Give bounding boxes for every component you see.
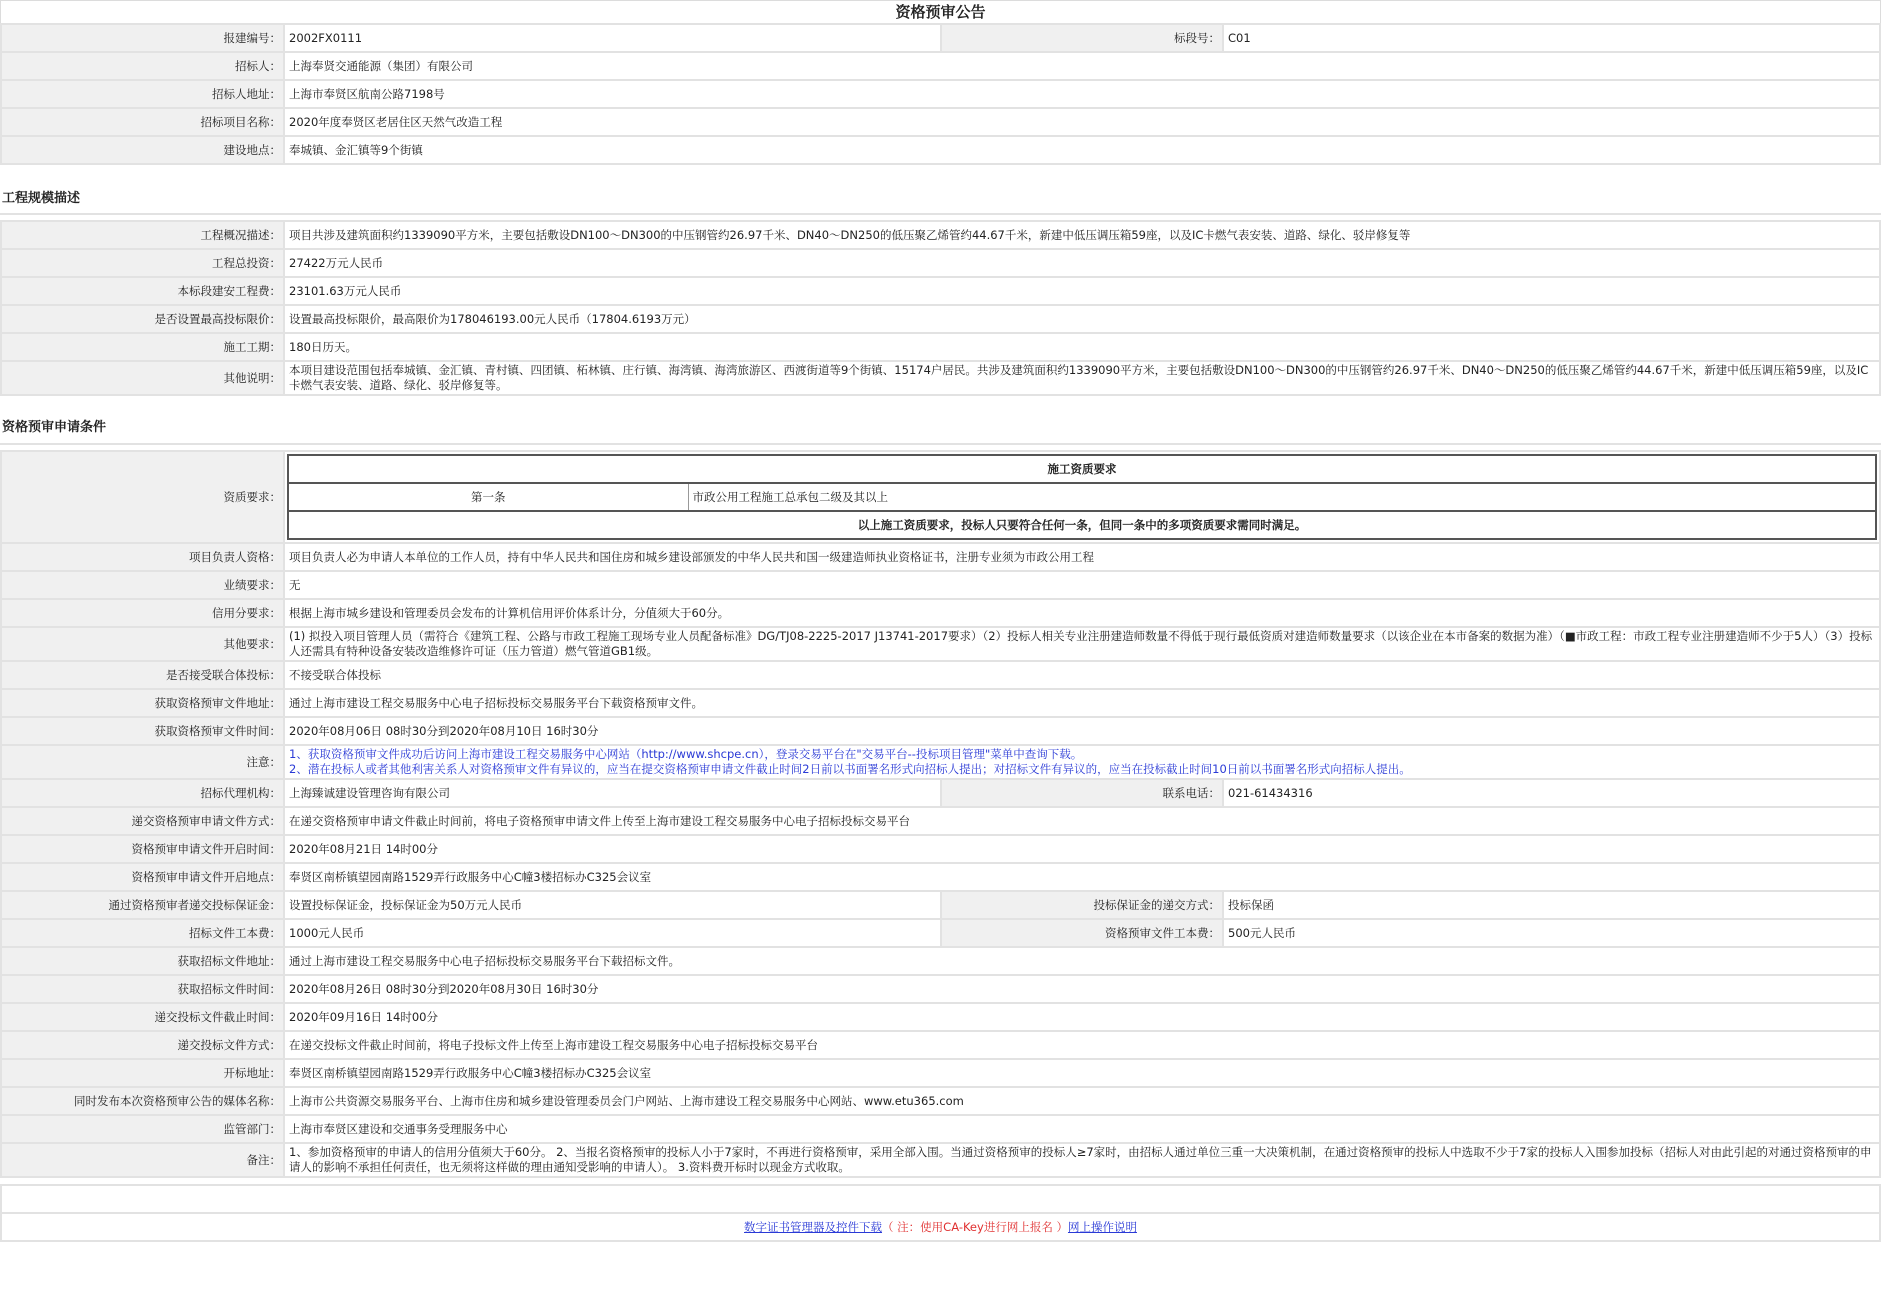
field-value: 500元人民币	[1223, 919, 1880, 947]
table-row: 获取招标文件时间：2020年08月26日 08时30分到2020年08月30日 …	[1, 975, 1880, 1003]
table-row: 招标文件工本费： 1000元人民币 资格预审文件工本费： 500元人民币	[1, 919, 1880, 947]
field-value: 上海奉贤交通能源（集团）有限公司	[284, 52, 1880, 80]
field-label: 投标保证金的递交方式：	[941, 891, 1223, 919]
field-value: 根据上海市城乡建设和管理委员会发布的计算机信用评价体系计分，分值须大于60分。	[284, 599, 1880, 627]
divider	[0, 443, 1881, 445]
table-row: 备注：1、参加资格预审的申请人的信用分值须大于60分。 2、当报名资格预审的投标…	[1, 1143, 1880, 1177]
page-title: 资格预审公告	[0, 0, 1881, 23]
qualification-table: 施工资质要求 第一条 市政公用工程施工总承包二级及其以上 以上施工资质要求，投标…	[287, 454, 1877, 540]
field-label: 资格预审申请文件开启时间：	[1, 835, 284, 863]
field-value: 设置最高投标限价，最高限价为178046193.00元人民币（17804.619…	[284, 305, 1880, 333]
table-row: 其他要求：(1) 拟投入项目管理人员（需符合《建筑工程、公路与市政工程施工现场专…	[1, 627, 1880, 661]
field-value: C01	[1223, 24, 1880, 52]
notice-line: 1、获取资格预审文件成功后访问上海市建设工程交易服务中心网站（http://ww…	[289, 747, 1875, 762]
conditions-table: 资质要求： 施工资质要求 第一条 市政公用工程施工总承包二级及其以上 以上施工资…	[0, 450, 1881, 1178]
field-value: 2020年08月06日 08时30分到2020年08月10日 16时30分	[284, 717, 1880, 745]
field-value: 上海市公共资源交易服务平台、上海市住房和城乡建设管理委员会门户网站、上海市建设工…	[284, 1087, 1880, 1115]
field-label: 监管部门：	[1, 1115, 284, 1143]
qualification-header: 施工资质要求	[288, 455, 1876, 483]
field-label: 报建编号：	[1, 24, 284, 52]
field-value: 1000元人民币	[284, 919, 941, 947]
divider	[0, 213, 1881, 215]
field-label: 开标地址：	[1, 1059, 284, 1087]
field-label: 工程总投资：	[1, 249, 284, 277]
field-value: 2020年度奉贤区老居住区天然气改造工程	[284, 108, 1880, 136]
field-label: 获取招标文件地址：	[1, 947, 284, 975]
field-value: 通过上海市建设工程交易服务中心电子招标投标交易服务平台下载招标文件。	[284, 947, 1880, 975]
table-row: 报建编号： 2002FX0111 标段号： C01	[1, 24, 1880, 52]
field-value: 奉贤区南桥镇望园南路1529弄行政服务中心C幢3楼招标办C325会议室	[284, 863, 1880, 891]
field-label: 招标项目名称：	[1, 108, 284, 136]
footer-links: 数字证书管理器及控件下载（ 注：使用CA-Key进行网上报名 ）网上操作说明	[1, 1213, 1880, 1241]
field-label: 施工工期：	[1, 333, 284, 361]
field-label: 联系电话：	[941, 779, 1223, 807]
field-label: 递交投标文件方式：	[1, 1031, 284, 1059]
qualification-note: 以上施工资质要求，投标人只要符合任何一条，但同一条中的多项资质要求需同时满足。	[288, 511, 1876, 539]
field-label: 资格预审申请文件开启地点：	[1, 863, 284, 891]
field-value: 无	[284, 571, 1880, 599]
scale-table: 工程概况描述：项目共涉及建筑面积约1339090平方米，主要包括敷设DN100～…	[0, 220, 1881, 396]
section-heading-scale: 工程规模描述	[2, 187, 80, 206]
field-label: 获取资格预审文件时间：	[1, 717, 284, 745]
field-label: 招标文件工本费：	[1, 919, 284, 947]
field-value: 在递交资格预审申请文件截止时间前，将电子资格预审申请文件上传至上海市建设工程交易…	[284, 807, 1880, 835]
field-label: 招标代理机构：	[1, 779, 284, 807]
table-row: 工程概况描述：项目共涉及建筑面积约1339090平方米，主要包括敷设DN100～…	[1, 221, 1880, 249]
table-row: 获取资格预审文件时间：2020年08月06日 08时30分到2020年08月10…	[1, 717, 1880, 745]
table-row: 获取招标文件地址：通过上海市建设工程交易服务中心电子招标投标交易服务平台下载招标…	[1, 947, 1880, 975]
qualification-requirement: 市政公用工程施工总承包二级及其以上	[688, 483, 1876, 511]
field-value: 021-61434316	[1223, 779, 1880, 807]
field-label: 本标段建安工程费：	[1, 277, 284, 305]
field-value: 2020年08月21日 14时00分	[284, 835, 1880, 863]
ca-key-note: （ 注：使用CA-Key进行网上报名 ）	[882, 1220, 1068, 1234]
field-value: 通过上海市建设工程交易服务中心电子招标投标交易服务平台下载资格预审文件。	[284, 689, 1880, 717]
table-row: 注意： 1、获取资格预审文件成功后访问上海市建设工程交易服务中心网站（http:…	[1, 745, 1880, 779]
field-label: 获取资格预审文件地址：	[1, 689, 284, 717]
table-row: 招标项目名称：2020年度奉贤区老居住区天然气改造工程	[1, 108, 1880, 136]
field-value: 项目负责人必为申请人本单位的工作人员，持有中华人民共和国住房和城乡建设部颁发的中…	[284, 543, 1880, 571]
field-value: 27422万元人民币	[284, 249, 1880, 277]
field-value: 奉城镇、金汇镇等9个街镇	[284, 136, 1880, 164]
field-value: 在递交投标文件截止时间前，将电子投标文件上传至上海市建设工程交易服务中心电子招标…	[284, 1031, 1880, 1059]
field-label: 标段号：	[941, 24, 1223, 52]
field-label: 信用分要求：	[1, 599, 284, 627]
qualification-cell: 施工资质要求 第一条 市政公用工程施工总承包二级及其以上 以上施工资质要求，投标…	[284, 451, 1880, 543]
field-value: 2020年08月26日 08时30分到2020年08月30日 16时30分	[284, 975, 1880, 1003]
table-row: 建设地点：奉城镇、金汇镇等9个街镇	[1, 136, 1880, 164]
field-label: 业绩要求：	[1, 571, 284, 599]
field-label: 备注：	[1, 1143, 284, 1177]
field-value: 设置投标保证金，投标保证金为50万元人民币	[284, 891, 941, 919]
table-row: 递交投标文件截止时间：2020年09月16日 14时00分	[1, 1003, 1880, 1031]
field-value: 奉贤区南桥镇望园南路1529弄行政服务中心C幢3楼招标办C325会议室	[284, 1059, 1880, 1087]
field-label: 递交投标文件截止时间：	[1, 1003, 284, 1031]
section-heading-conditions: 资格预审申请条件	[2, 416, 106, 435]
field-label: 其他要求：	[1, 627, 284, 661]
table-row: 资格预审申请文件开启时间：2020年08月21日 14时00分	[1, 835, 1880, 863]
field-value: 投标保函	[1223, 891, 1880, 919]
qualification-clause: 第一条	[288, 483, 688, 511]
field-label: 招标人地址：	[1, 80, 284, 108]
field-label: 注意：	[1, 745, 284, 779]
table-row: 项目负责人资格：项目负责人必为申请人本单位的工作人员，持有中华人民共和国住房和城…	[1, 543, 1880, 571]
footer-table: 数字证书管理器及控件下载（ 注：使用CA-Key进行网上报名 ）网上操作说明	[0, 1184, 1881, 1242]
field-label: 同时发布本次资格预审公告的媒体名称：	[1, 1087, 284, 1115]
table-row: 是否设置最高投标限价：设置最高投标限价，最高限价为178046193.00元人民…	[1, 305, 1880, 333]
table-row: 同时发布本次资格预审公告的媒体名称：上海市公共资源交易服务平台、上海市住房和城乡…	[1, 1087, 1880, 1115]
field-label: 获取招标文件时间：	[1, 975, 284, 1003]
field-value: 上海市奉贤区建设和交通事务受理服务中心	[284, 1115, 1880, 1143]
table-row: 信用分要求：根据上海市城乡建设和管理委员会发布的计算机信用评价体系计分，分值须大…	[1, 599, 1880, 627]
field-value: 2002FX0111	[284, 24, 941, 52]
field-label: 项目负责人资格：	[1, 543, 284, 571]
field-value: 2020年09月16日 14时00分	[284, 1003, 1880, 1031]
table-row: 施工工期：180日历天。	[1, 333, 1880, 361]
field-label: 其他说明：	[1, 361, 284, 395]
field-label: 建设地点：	[1, 136, 284, 164]
field-value: 180日历天。	[284, 333, 1880, 361]
table-row: 通过资格预审者递交投标保证金： 设置投标保证金，投标保证金为50万元人民币 投标…	[1, 891, 1880, 919]
table-row: 开标地址：奉贤区南桥镇望园南路1529弄行政服务中心C幢3楼招标办C325会议室	[1, 1059, 1880, 1087]
online-guide-link[interactable]: 网上操作说明	[1068, 1220, 1137, 1234]
notice-text: 1、获取资格预审文件成功后访问上海市建设工程交易服务中心网站（http://ww…	[284, 745, 1880, 779]
field-label: 是否设置最高投标限价：	[1, 305, 284, 333]
field-value: 项目共涉及建筑面积约1339090平方米，主要包括敷设DN100～DN300的中…	[284, 221, 1880, 249]
field-label: 资质要求：	[1, 451, 284, 543]
table-row: 递交投标文件方式：在递交投标文件截止时间前，将电子投标文件上传至上海市建设工程交…	[1, 1031, 1880, 1059]
table-row: 招标人地址：上海市奉贤区航南公路7198号	[1, 80, 1880, 108]
table-row: 招标人：上海奉贤交通能源（集团）有限公司	[1, 52, 1880, 80]
field-label: 资格预审文件工本费：	[941, 919, 1223, 947]
table-row: 本标段建安工程费：23101.63万元人民币	[1, 277, 1880, 305]
cert-manager-download-link[interactable]: 数字证书管理器及控件下载	[744, 1220, 882, 1234]
field-value: 本项目建设范围包括奉城镇、金汇镇、青村镇、四团镇、柘林镇、庄行镇、海湾镇、海湾旅…	[284, 361, 1880, 395]
table-row: 递交资格预审申请文件方式：在递交资格预审申请文件截止时间前，将电子资格预审申请文…	[1, 807, 1880, 835]
table-row: 招标代理机构： 上海臻诚建设管理咨询有限公司 联系电话： 021-6143431…	[1, 779, 1880, 807]
table-row: 监管部门：上海市奉贤区建设和交通事务受理服务中心	[1, 1115, 1880, 1143]
field-label: 招标人：	[1, 52, 284, 80]
field-label: 递交资格预审申请文件方式：	[1, 807, 284, 835]
field-label: 工程概况描述：	[1, 221, 284, 249]
table-row: 获取资格预审文件地址：通过上海市建设工程交易服务中心电子招标投标交易服务平台下载…	[1, 689, 1880, 717]
table-row: 是否接受联合体投标：不接受联合体投标	[1, 661, 1880, 689]
field-value: (1) 拟投入项目管理人员（需符合《建筑工程、公路与市政工程施工现场专业人员配备…	[284, 627, 1880, 661]
basic-info-table: 报建编号： 2002FX0111 标段号： C01 招标人：上海奉贤交通能源（集…	[0, 23, 1881, 165]
empty-row	[1, 1185, 1880, 1213]
field-label: 通过资格预审者递交投标保证金：	[1, 891, 284, 919]
table-row: 资格预审申请文件开启地点：奉贤区南桥镇望园南路1529弄行政服务中心C幢3楼招标…	[1, 863, 1880, 891]
table-row: 其他说明：本项目建设范围包括奉城镇、金汇镇、青村镇、四团镇、柘林镇、庄行镇、海湾…	[1, 361, 1880, 395]
field-value: 23101.63万元人民币	[284, 277, 1880, 305]
field-value: 1、参加资格预审的申请人的信用分值须大于60分。 2、当报名资格预审的投标人小于…	[284, 1143, 1880, 1177]
table-row: 工程总投资：27422万元人民币	[1, 249, 1880, 277]
field-value: 上海臻诚建设管理咨询有限公司	[284, 779, 941, 807]
notice-line: 2、潜在投标人或者其他利害关系人对资格预审文件有异议的，应当在提交资格预审申请文…	[289, 762, 1875, 777]
table-row: 业绩要求：无	[1, 571, 1880, 599]
table-row: 资质要求： 施工资质要求 第一条 市政公用工程施工总承包二级及其以上 以上施工资…	[1, 451, 1880, 543]
field-value: 上海市奉贤区航南公路7198号	[284, 80, 1880, 108]
field-label: 是否接受联合体投标：	[1, 661, 284, 689]
field-value: 不接受联合体投标	[284, 661, 1880, 689]
